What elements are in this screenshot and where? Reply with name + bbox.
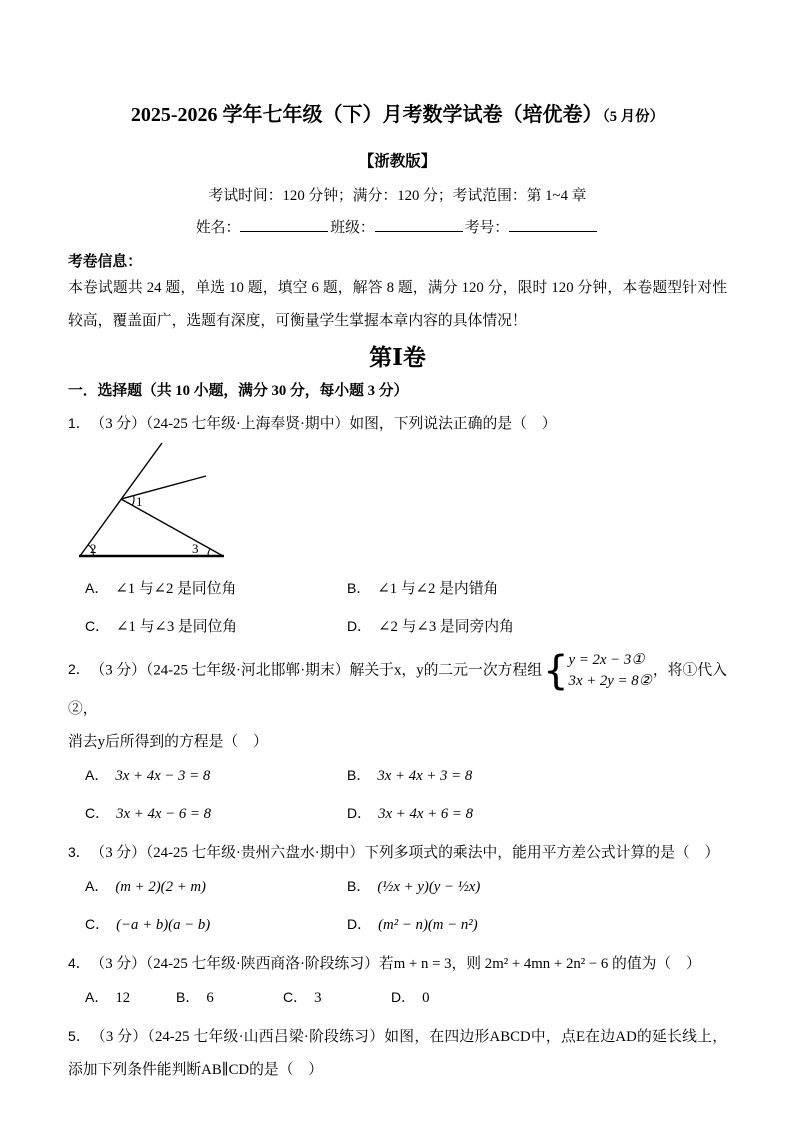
question-2-stem-line2: 消去y后所得到的方程是（ ） (68, 726, 727, 759)
option-c-label: C． (85, 916, 116, 932)
question-3-stem: 3．（3 分）（24-25 七年级·贵州六盘水·期中）下列多项式的乘法中，能用平… (68, 836, 727, 870)
option-b-label: B． (347, 878, 377, 894)
question-2-options: A．3x + 4x − 3 = 8 B．3x + 4x + 3 = 8 C．3x… (85, 763, 727, 826)
equation-system: {y = 2x − 3①3x + 2y = 8② (543, 649, 652, 693)
option-b-text: 3x + 4x + 3 = 8 (377, 768, 472, 784)
option-c-text: ∠1 与∠3 是同位角 (116, 619, 237, 635)
question-2-stem: 2．（3 分）（24-25 七年级·河北邯郸·期末）解关于x，y的二元一次方程组… (68, 649, 727, 726)
question-4-text: （3 分）（24-25 七年级·陕西商洛·阶段练习）若m + n = 3，则 2… (98, 956, 701, 972)
angle-3-label: 3 (192, 541, 199, 556)
option-a-text: ∠1 与∠2 是同位角 (115, 581, 236, 597)
question-2-option-c: C．3x + 4x − 6 = 8 (85, 801, 347, 826)
option-c-label: C． (85, 805, 116, 821)
question-3-option-c: C．(−a + b)(a − b) (85, 912, 347, 937)
question-3-option-d: D．(m² − n)(m − n²) (347, 912, 727, 937)
question-4-stem: 4．（3 分）（24-25 七年级·陕西商洛·阶段练习）若m + n = 3，则… (68, 947, 727, 981)
option-d-text: 0 (422, 990, 429, 1006)
question-4-option-c: C．3 (283, 985, 391, 1010)
option-a-text: (m + 2)(2 + m) (115, 879, 206, 895)
name-field (240, 217, 328, 232)
option-b-text: 6 (206, 990, 213, 1006)
question-2-option-a: A．3x + 4x − 3 = 8 (85, 763, 347, 788)
option-a-label: A． (85, 989, 115, 1005)
question-3-option-a: A．(m + 2)(2 + m) (85, 874, 347, 899)
question-1-option-a: A．∠1 与∠2 是同位角 (85, 576, 347, 601)
question-4-option-a: A．12 (85, 985, 176, 1010)
question-3-option-b: B．(½x + y)(y − ½x) (347, 874, 727, 899)
student-info-line: 姓名：班级：考号： (68, 216, 727, 237)
question-5-text: （3 分）（24-25 七年级·山西吕梁·阶段练习）如图，在四边形ABCD中，点… (68, 1029, 727, 1078)
option-a-label: A． (85, 767, 115, 783)
question-1-stem: 1．（3 分）（24-25 七年级·上海奉贤·期中）如图，下列说法正确的是（ ） (68, 407, 727, 441)
question-4-number: 4． (68, 955, 98, 971)
info-text: 本卷试题共 24 题，单选 10 题，填空 6 题，解答 8 题，满分 120 … (68, 272, 727, 338)
option-c-label: C． (85, 618, 116, 634)
system-line-1: y = 2x − 3① (569, 650, 652, 671)
option-b-text: (½x + y)(y − ½x) (377, 879, 480, 895)
paper-title: 2025-2026 学年七年级（下）月考数学试卷（培优卷）（5 月份） (68, 102, 727, 131)
angle-2-label: 2 (90, 541, 97, 556)
class-field (375, 217, 463, 232)
question-1-text: （3 分）（24-25 七年级·上海奉贤·期中）如图，下列说法正确的是（ ） (98, 416, 557, 432)
part1-heading: 第Ⅰ卷 (68, 343, 727, 373)
question-4-options: A．12 B．6 C．3 D．0 (85, 985, 727, 1010)
option-c-text: (−a + b)(a − b) (116, 917, 210, 933)
id-field (509, 217, 597, 232)
option-b-label: B． (176, 989, 206, 1005)
class-label: 班级： (330, 220, 374, 236)
option-a-text: 12 (115, 990, 130, 1006)
option-d-label: D． (391, 989, 422, 1005)
question-3-options: A．(m + 2)(2 + m) B．(½x + y)(y − ½x) C．(−… (85, 874, 727, 937)
question-5-stem: 5．（3 分）（24-25 七年级·山西吕梁·阶段练习）如图，在四边形ABCD中… (68, 1020, 727, 1087)
option-a-label: A． (85, 580, 115, 596)
upper-ray-line (121, 476, 206, 499)
question-2-text-pre: （3 分）（24-25 七年级·河北邯郸·期末）解关于x，y的二元一次方程组 (98, 662, 542, 678)
option-a-text: 3x + 4x − 3 = 8 (115, 768, 210, 784)
option-b-label: B． (347, 580, 377, 596)
option-c-text: 3 (314, 990, 321, 1006)
question-2-option-d: D．3x + 4x + 6 = 8 (347, 801, 727, 826)
system-lines: y = 2x − 3①3x + 2y = 8② (569, 650, 652, 692)
id-label: 考号： (465, 220, 509, 236)
question-1-number: 1． (68, 415, 98, 431)
option-d-label: D． (347, 805, 378, 821)
option-d-text: (m² − n)(m − n²) (378, 917, 478, 933)
question-4-option-d: D．0 (391, 985, 727, 1010)
question-5-number: 5． (68, 1028, 98, 1044)
option-a-label: A． (85, 878, 115, 894)
paper-title-month: （5 月份） (603, 109, 665, 125)
angle-1-label: 1 (136, 494, 143, 509)
option-b-text: ∠1 与∠2 是内错角 (377, 581, 498, 597)
question-4-option-b: B．6 (176, 985, 283, 1010)
question-2-option-b: B．3x + 4x + 3 = 8 (347, 763, 727, 788)
paper-title-main: 2025-2026 学年七年级（下）月考数学试卷（培优卷） (131, 104, 603, 126)
question-2-number: 2． (68, 661, 98, 677)
exam-paper-page: 2025-2026 学年七年级（下）月考数学试卷（培优卷）（5 月份） 【浙教版… (0, 0, 793, 1122)
info-heading: 考卷信息： (68, 250, 727, 271)
system-line-2: 3x + 2y = 8② (569, 671, 652, 692)
option-d-text: 3x + 4x + 6 = 8 (378, 806, 473, 822)
question-1-option-c: C．∠1 与∠3 是同位角 (85, 614, 347, 639)
option-b-label: B． (347, 767, 377, 783)
option-d-text: ∠2 与∠3 是同旁内角 (378, 619, 514, 635)
question-1-figure-wrap: 1 2 3 (64, 439, 727, 572)
question-3-text: （3 分）（24-25 七年级·贵州六盘水·期中）下列多项式的乘法中，能用平方差… (98, 845, 719, 861)
section-heading: 一．选择题（共 10 小题，满分 30 分，每小题 3 分） (68, 375, 727, 407)
option-d-label: D． (347, 916, 378, 932)
name-label: 姓名： (196, 220, 240, 236)
option-c-label: C． (283, 989, 314, 1005)
angle-1-arc (132, 496, 134, 506)
option-d-label: D． (347, 618, 378, 634)
question-1-options: A．∠1 与∠2 是同位角 B．∠1 与∠2 是内错角 C．∠1 与∠3 是同位… (85, 576, 727, 639)
option-c-text: 3x + 4x − 6 = 8 (116, 806, 211, 822)
edition-label: 【浙教版】 (68, 149, 727, 171)
question-1-option-d: D．∠2 与∠3 是同旁内角 (347, 614, 727, 639)
system-brace: { (543, 649, 568, 693)
question1-angles-figure: 1 2 3 (64, 439, 242, 567)
question-3-number: 3． (68, 844, 98, 860)
question-1-option-b: B．∠1 与∠2 是内错角 (347, 576, 727, 601)
exam-meta: 考试时间：120 分钟；满分：120 分；考试范围：第 1~4 章 (68, 184, 727, 205)
